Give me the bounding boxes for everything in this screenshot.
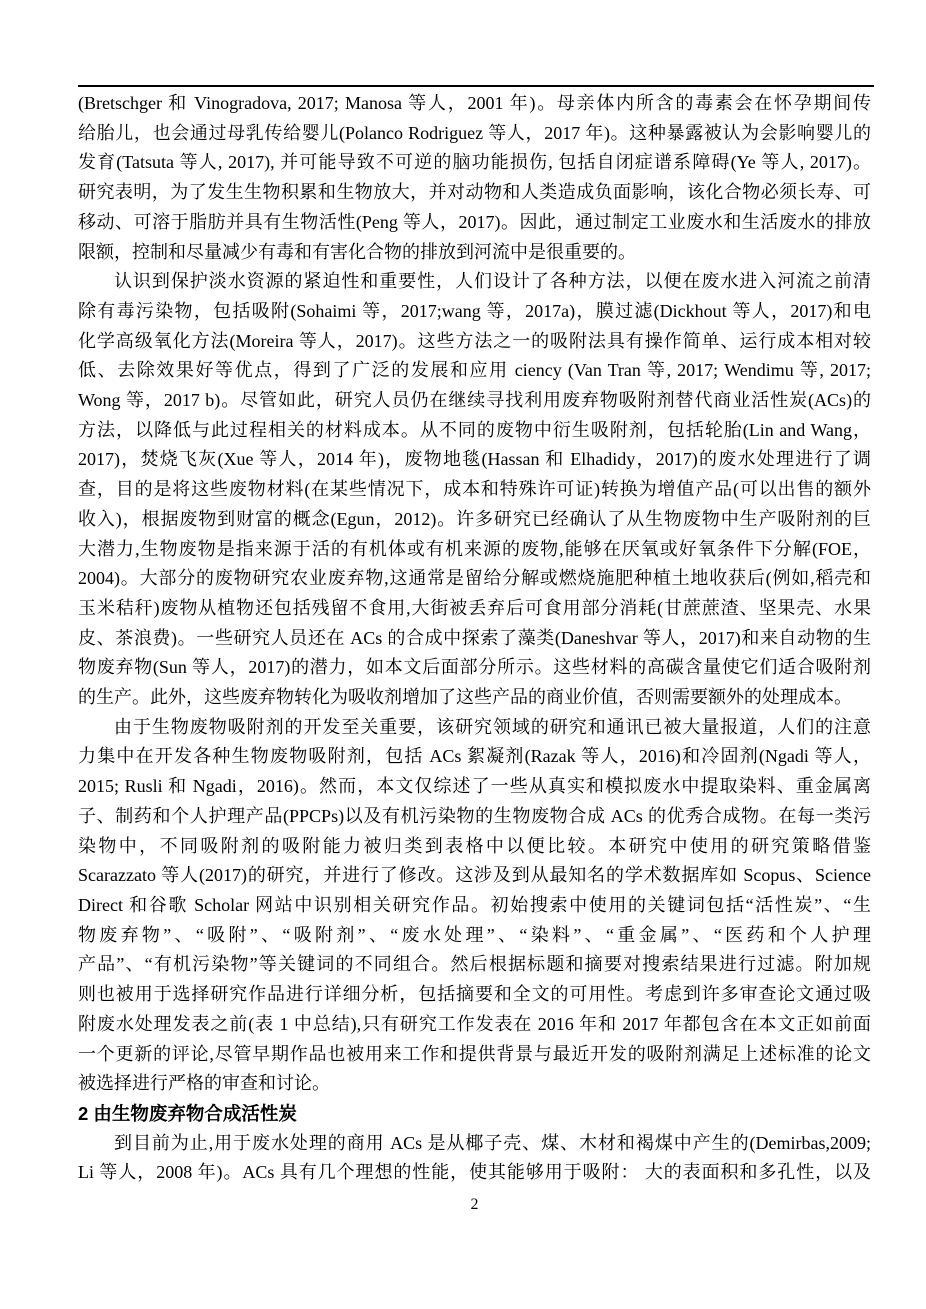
text-line: 化学高级氧化方法(Moreira 等人，2017)。这些方法之一的吸附法具有操作… bbox=[78, 327, 871, 357]
text-line: 移动、可溶于脂肪并具有生物活性(Peng 等人，2017)。因此，通过制定工业废… bbox=[78, 208, 871, 238]
text-line: 收入)，根据废物到财富的概念(Egun，2012)。许多研究已经确认了从生物废物… bbox=[78, 505, 871, 535]
text-line: 给胎儿，也会通过母乳传给婴儿(Polanco Rodriguez 等人，2017… bbox=[78, 119, 871, 149]
text-line: Li 等人，2008 年)。ACs 具有几个理想的性能，使其能够用于吸附： 大的… bbox=[78, 1158, 871, 1188]
text-line: 查，目的是将这些废物材料(在某些情况下，成本和特殊许可证)转换为增值产品(可以出… bbox=[78, 475, 871, 505]
section-heading: 2 由生物废弃物合成活性炭 bbox=[78, 1099, 871, 1129]
text-line: 染物中，不同吸附剂的吸附能力被归类到表格中以便比较。本研究中使用的研究策略借鉴 bbox=[78, 832, 871, 862]
text-line: 的生产。此外，这些废弃物转化为吸收剂增加了这些产品的商业价值，否则需要额外的处理… bbox=[78, 683, 871, 713]
text-line: 2017)，焚烧飞灰(Xue 等人，2014 年)，废物地毯(Hassan 和 … bbox=[78, 445, 871, 475]
page-number: 2 bbox=[78, 1195, 871, 1215]
text-line: 2015; Rusli 和 Ngadi，2016)。然而，本文仅综述了一些从真实… bbox=[78, 772, 871, 802]
text-line: 玉米秸秆)废物从植物还包括残留不食用,大街被丢弃后可食用部分消耗(甘蔗蔗渣、坚果… bbox=[78, 594, 871, 624]
text-line: 低、去除效果好等优点，得到了广泛的发展和应用 ciency (Van Tran … bbox=[78, 356, 871, 386]
text-line: 方法，以降低与此过程相关的材料成本。从不同的废物中衍生吸附剂，包括轮胎(Lin … bbox=[78, 416, 871, 446]
text-line: 一个更新的评论,尽管早期作品也被用来工作和提供背景与最近开发的吸附剂满足上述标准… bbox=[78, 1040, 871, 1070]
text-line: 限额，控制和尽量减少有毒和有害化合物的排放到河流中是很重要的。 bbox=[78, 238, 871, 268]
text-line: 认识到保护淡水资源的紧迫性和重要性，人们设计了各种方法，以便在废水进入河流之前清 bbox=[78, 267, 871, 297]
text-line: 由于生物废物吸附剂的开发至关重要，该研究领域的研究和通讯已被大量报道，人们的注意 bbox=[78, 713, 871, 743]
text-line: 发育(Tatsuta 等人, 2017), 并可能导致不可逆的脑功能损伤, 包括… bbox=[78, 148, 871, 178]
text-line: 物废弃物(Sun 等人，2017)的潜力，如本文后面部分所示。这些材料的高碳含量… bbox=[78, 653, 871, 683]
text-line: 力集中在开发各种生物废物吸附剂，包括 ACs 絮凝剂(Razak 等人，2016… bbox=[78, 742, 871, 772]
text-line: Wong 等，2017 b)。尽管如此，研究人员仍在继续寻找利用废弃物吸附剂替代… bbox=[78, 386, 871, 416]
text-line: 皮、茶浪费)。一些研究人员还在 ACs 的合成中探索了藻类(Daneshvar … bbox=[78, 624, 871, 654]
text-line: 物废弃物”、“吸附”、“吸附剂”、“废水处理”、“染料”、“重金属”、“医药和个… bbox=[78, 921, 871, 951]
text-line: 被选择进行严格的审查和讨论。 bbox=[78, 1069, 871, 1099]
header-rule bbox=[78, 85, 874, 87]
text-line: 除有毒污染物，包括吸附(Sohaimi 等，2017;wang 等，2017a)… bbox=[78, 297, 871, 327]
document-body: (Bretschger 和 Vinogradova, 2017; Manosa … bbox=[78, 89, 871, 1188]
text-line: Scarazzato 等人(2017)的研究，并进行了修改。这涉及到从最知名的学… bbox=[78, 861, 871, 891]
text-line: 2004)。大部分的废物研究农业废弃物,这通常是留给分解或燃烧施肥种植土地收获后… bbox=[78, 564, 871, 594]
text-line: 到目前为止,用于废水处理的商用 ACs 是从椰子壳、煤、木材和褐煤中产生的(De… bbox=[78, 1129, 871, 1159]
text-line: 大潜力,生物废物是指来源于活的有机体或有机来源的废物,能够在厌氧或好氧条件下分解… bbox=[78, 535, 871, 565]
text-line: 产品”、“有机污染物”等关键词的不同组合。然后根据标题和摘要对搜索结果进行过滤。… bbox=[78, 950, 871, 980]
text-line: 则也被用于选择研究作品进行详细分析，包括摘要和全文的可用性。考虑到许多审查论文通… bbox=[78, 980, 871, 1010]
text-line: (Bretschger 和 Vinogradova, 2017; Manosa … bbox=[78, 89, 871, 119]
text-line: 子、制药和个人护理产品(PPCPs)以及有机污染物的生物废物合成 ACs 的优秀… bbox=[78, 802, 871, 832]
document-page: (Bretschger 和 Vinogradova, 2017; Manosa … bbox=[0, 0, 926, 1309]
text-line: 研究表明，为了发生生物积累和生物放大，并对动物和人类造成负面影响，该化合物必须长… bbox=[78, 178, 871, 208]
text-line: Direct 和谷歌 Scholar 网站中识别相关研究作品。初始搜索中使用的关… bbox=[78, 891, 871, 921]
text-line: 附废水处理发表之前(表 1 中总结),只有研究工作发表在 2016 年和 201… bbox=[78, 1010, 871, 1040]
